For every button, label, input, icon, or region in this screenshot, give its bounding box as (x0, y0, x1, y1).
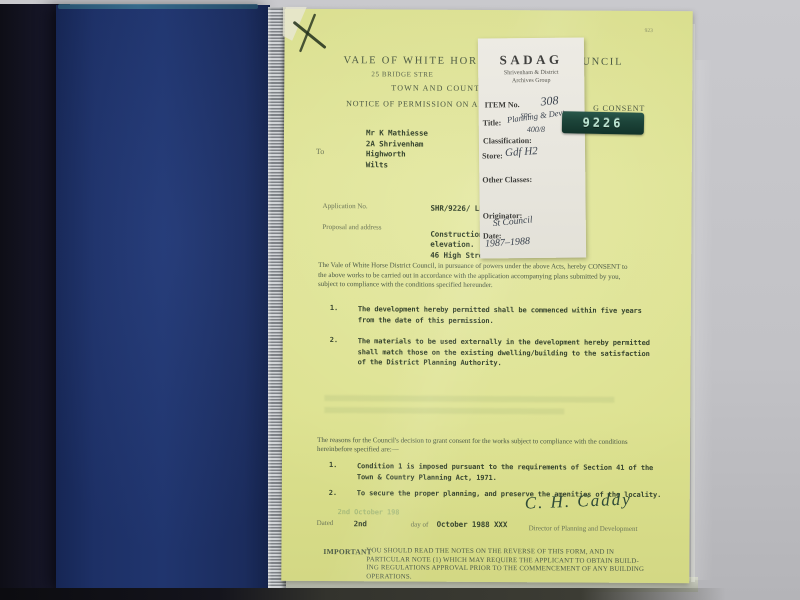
archive-index-card: SADAG Shrivenham & District Archives Gro… (478, 37, 586, 258)
condition-1-number: 1. (330, 304, 338, 312)
application-number-label: Application No. (323, 202, 368, 210)
dated-label: Dated (317, 519, 334, 527)
important-label: IMPORTANT (323, 547, 372, 556)
reasons-paragraph: The reasons for the Council's decision t… (317, 436, 663, 457)
card-other-classes-label: Other Classes: (482, 175, 532, 185)
reason-2-number: 2. (329, 489, 337, 497)
binder-flap (56, 5, 270, 591)
binder-top-edge (58, 4, 258, 9)
dymo-digits: 9226 (582, 116, 623, 131)
photo-of-binder-document: 923 VALE OF WHITE HORSE DISTRICT COUNCIL… (0, 0, 800, 600)
card-title-label: Title: (483, 118, 502, 127)
day-of-label: day of (411, 521, 429, 529)
card-org-line1: Shrivenham & District (478, 69, 584, 76)
signature: C. H. Caddy (524, 490, 632, 514)
recipient-name: Mr K Mathiesse (366, 128, 428, 139)
card-date-value: 1987–1988 (485, 236, 531, 250)
planning-act-line: TOWN AND COUNTR (391, 83, 487, 93)
ghost-date-imprint: 2nd October 198 (338, 508, 400, 516)
proposal-label: Proposal and address (322, 223, 381, 231)
card-title-value2: 400/8 (527, 125, 545, 134)
condition-2-text: The materials to be used externally in t… (358, 336, 660, 370)
card-classification-label: Classification: (483, 136, 532, 146)
recipient-address-line3: Wilts (366, 160, 428, 171)
reason-1-text: Condition 1 is imposed pursuant to the r… (357, 461, 659, 484)
condition-1-text: The development hereby permitted shall b… (358, 304, 660, 327)
card-store-label: Store: (482, 151, 503, 160)
recipient-address-line1: 2A Shrivenham (366, 139, 428, 150)
pen-x-mark (290, 11, 330, 55)
card-org-line2: Archives Group (478, 77, 584, 84)
card-item-label: ITEM No. (484, 100, 519, 109)
dated-month-value: October 1988 XXX (437, 520, 508, 529)
dated-day-value: 2nd (354, 519, 367, 528)
dymo-number-label: 9226 (562, 111, 644, 135)
to-label: To (316, 147, 324, 156)
reason-1-number: 1. (329, 461, 337, 469)
notice-title-left: NOTICE OF PERMISSION ON APPL (346, 99, 494, 109)
card-org-name: SADAG (478, 51, 584, 68)
plastic-sleeve-sheen (695, 60, 713, 580)
signatory-title: Director of Planning and Development (529, 524, 638, 533)
ink-ghost-smudge (324, 395, 614, 403)
consent-paragraph: The Vale of White Horse District Council… (318, 261, 664, 292)
recipient-address-line2: Highworth (366, 149, 428, 160)
page-number: 923 (645, 28, 653, 34)
card-title-value: Planning & Devt (506, 107, 565, 125)
important-text: YOU SHOULD READ THE NOTES ON THE REVERSE… (366, 547, 658, 583)
photo-bottom-shadow (0, 588, 726, 600)
ink-ghost-smudge (324, 407, 564, 414)
card-store-value: Gdf H2 (505, 145, 538, 159)
council-address: 25 BRIDGE STRE (371, 70, 433, 78)
recipient-address: Mr K Mathiesse 2A Shrivenham Highworth W… (366, 128, 428, 170)
application-number-value: SHR/9226/ LB (431, 204, 484, 213)
condition-2-number: 2. (330, 336, 338, 344)
